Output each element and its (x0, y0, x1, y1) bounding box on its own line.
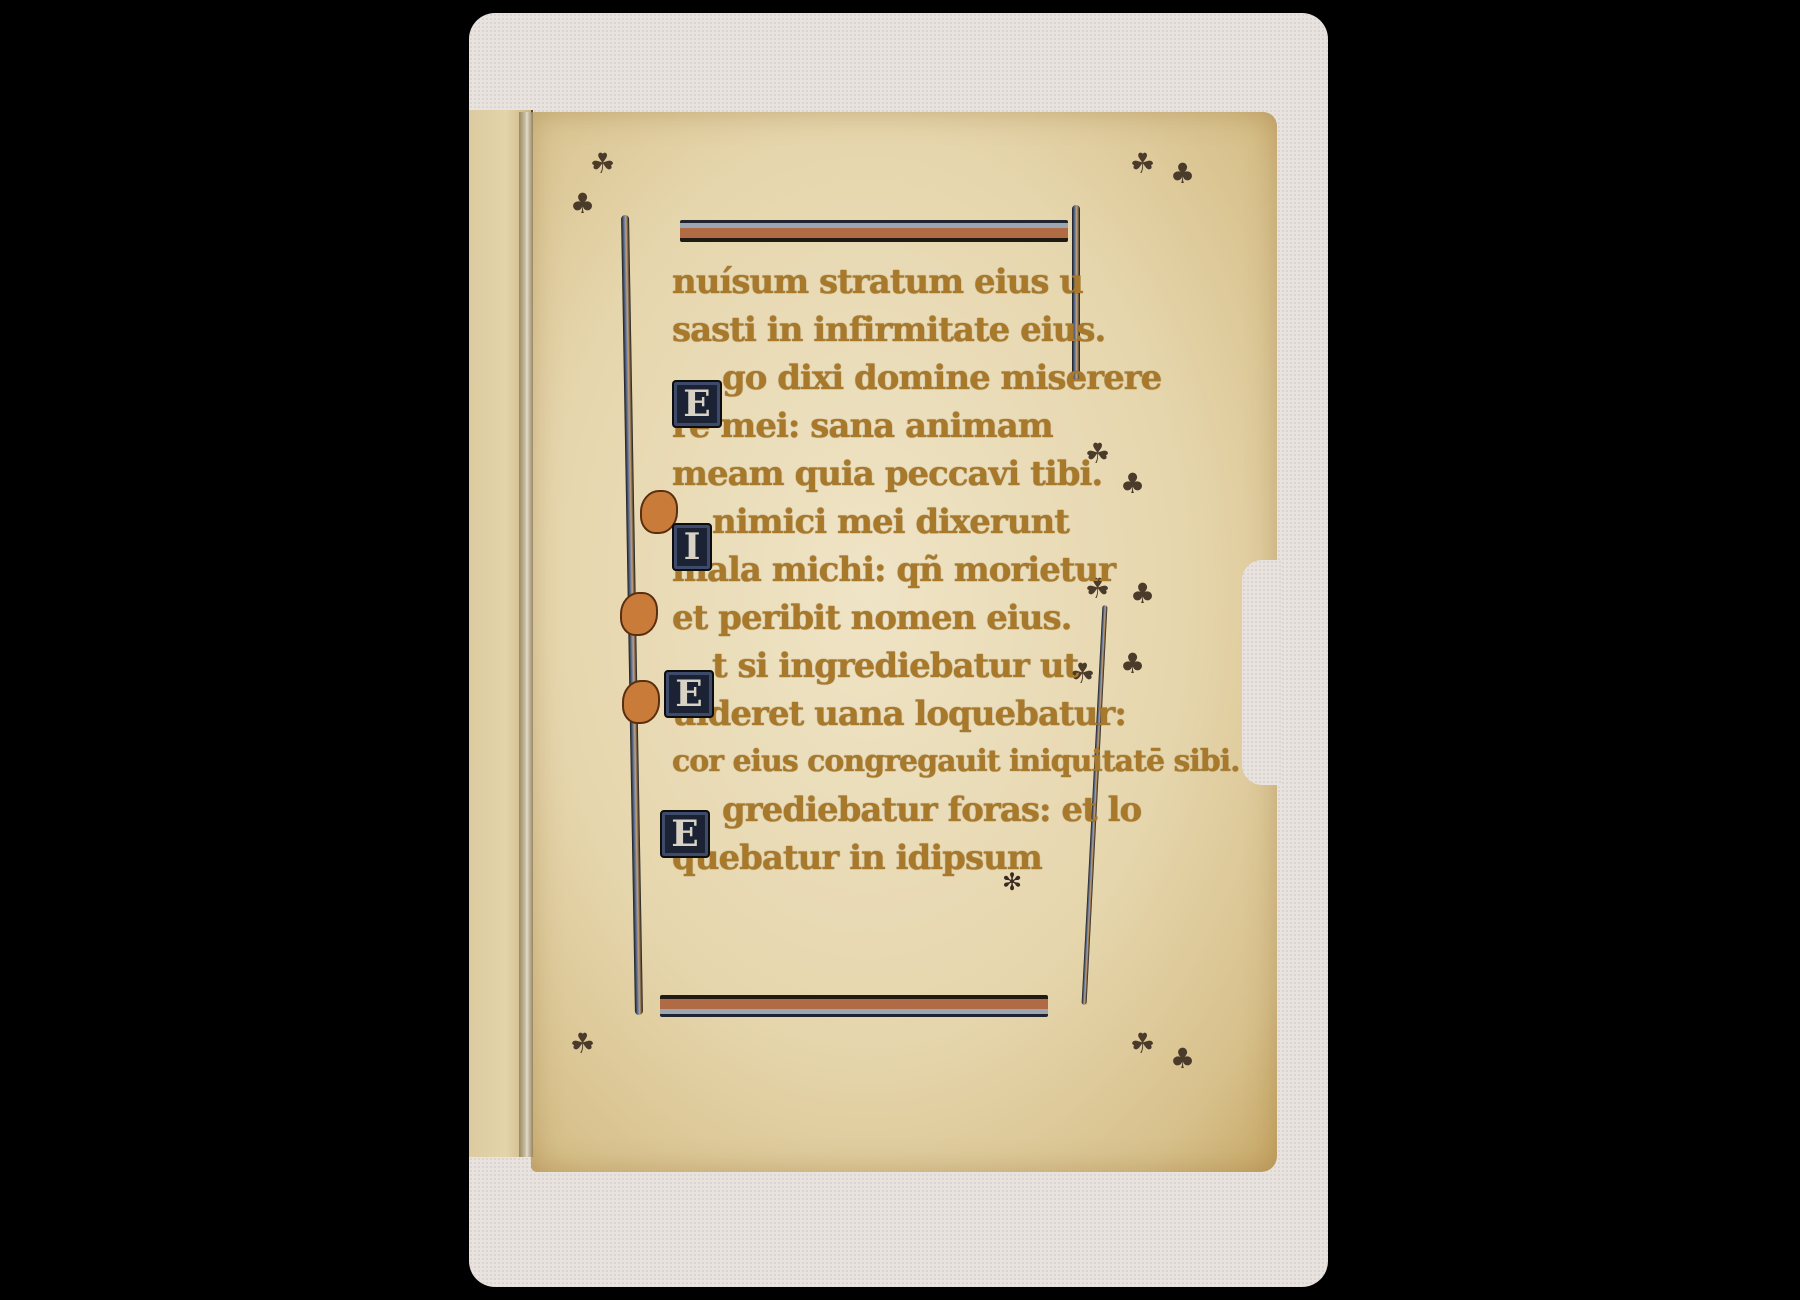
ivy-leaf-icon: ♣ (1120, 470, 1145, 498)
top-border-bar (680, 220, 1068, 242)
ivy-leaf-icon: ☘ (590, 150, 615, 178)
text-line: t si ingrediebatur ut (672, 642, 1092, 690)
torn-edge (1242, 560, 1282, 785)
ivy-leaf-icon: ♣ (1130, 580, 1155, 608)
text-line: et peribit nomen eius. (672, 594, 1092, 642)
ivy-leaf-icon: ♣ (1170, 160, 1195, 188)
text-block: nuísum stratum eius u sasti in infirmita… (672, 258, 1092, 882)
dragon-grotesque-icon (620, 592, 658, 636)
ivy-leaf-icon: ☘ (570, 1030, 595, 1058)
ivy-leaf-icon: ☘ (1130, 150, 1155, 178)
text-line: sasti in infirmitate eius. (672, 306, 1092, 354)
dragon-grotesque-icon (622, 680, 660, 724)
ivy-leaf-icon: ♣ (1120, 650, 1145, 678)
text-line: re mei: sana animam (672, 402, 1092, 450)
initial-letter: E (664, 670, 714, 718)
text-line: mala michi: qñ morietur (672, 546, 1092, 594)
initial-letter: E (672, 380, 722, 428)
text-line: nimici mei dixerunt (672, 498, 1092, 546)
bottom-border-bar (660, 995, 1048, 1017)
text-line: quebatur in idipsum (672, 834, 1092, 882)
ivy-leaf-icon: ♣ (1170, 1045, 1195, 1073)
text-line: nuísum stratum eius u (672, 258, 1092, 306)
initial-letter: I (672, 523, 712, 571)
binding-gutter (519, 112, 533, 1157)
initial-letter: E (660, 810, 710, 858)
text-line: cor eius congregauit iniquitatē sibi. (672, 738, 1092, 786)
text-line: meam quia peccavi tibi. (672, 450, 1092, 498)
ivy-leaf-icon: ☘ (1130, 1030, 1155, 1058)
text-line: uideret uana loquebatur: (672, 690, 1092, 738)
text-line: go dixi domine miserere (672, 354, 1092, 402)
star-rosette-icon: ✻ (1002, 868, 1022, 896)
ivy-leaf-icon: ♣ (570, 190, 595, 218)
text-line: grediebatur foras: et lo (672, 786, 1092, 834)
